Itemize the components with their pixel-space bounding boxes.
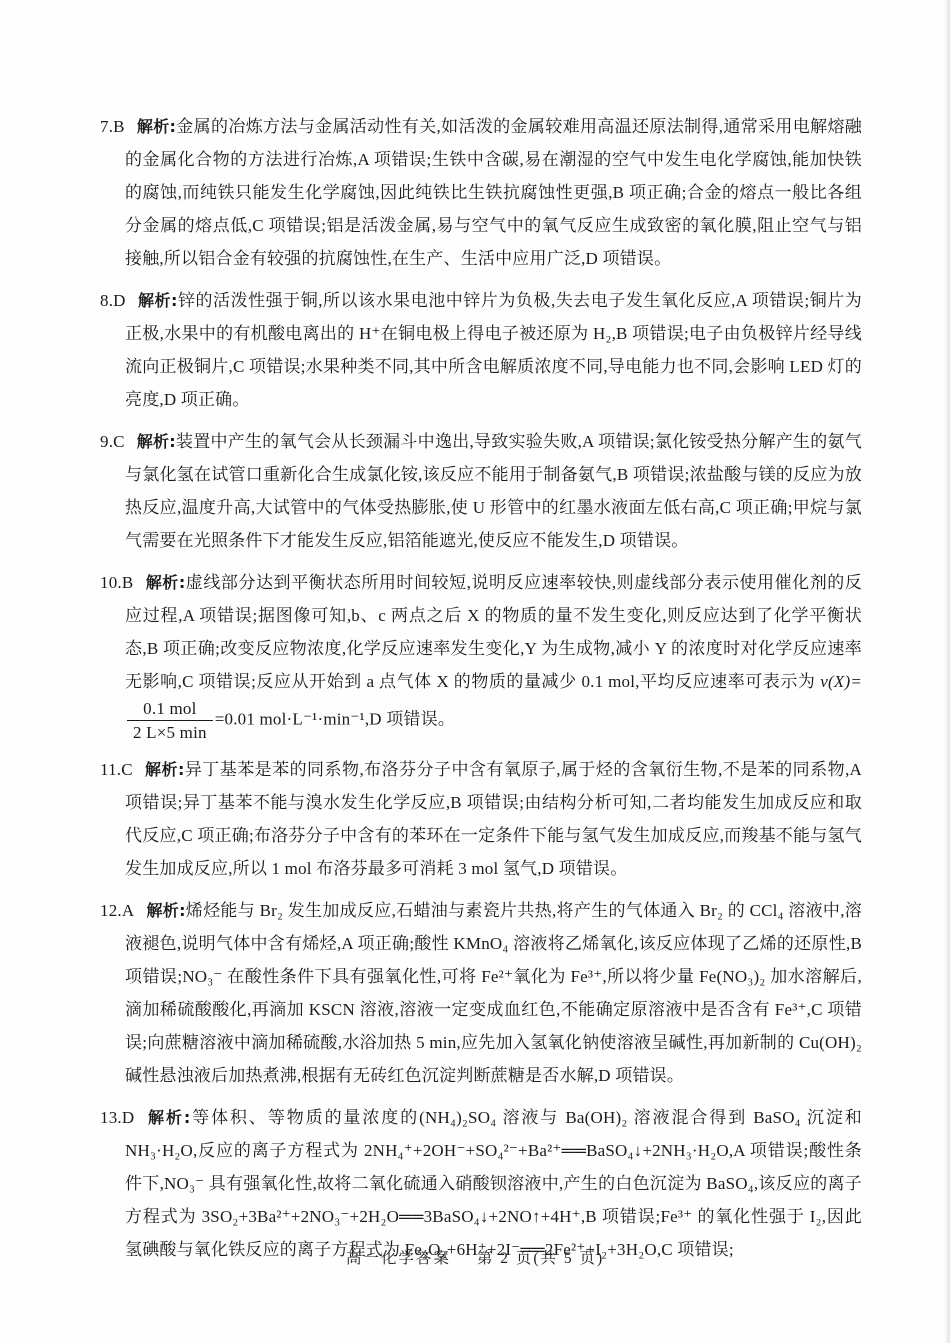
answer-item-11: 11.C解析:异丁基苯是苯的同系物,布洛芬分子中含有氧原子,属于烃的含氧衍生物,…: [100, 753, 862, 885]
answer-item-8: 8.D解析:锌的活泼性强于铜,所以该水果电池中锌片为负极,失去电子发生氧化反应,…: [100, 284, 862, 416]
answer-number: 11.C: [100, 760, 133, 779]
footer-page-number: 第 2 页(共 5 页): [477, 1250, 604, 1267]
answer-number: 9.C: [100, 432, 125, 451]
answer-text: 金属的冶炼方法与金属活动性有关,如活泼的金属较难用高温还原法制得,通常采用电解熔…: [125, 117, 862, 268]
answers-section: 7.B解析:金属的冶炼方法与金属活动性有关,如活泼的金属较难用高温还原法制得,通…: [100, 110, 862, 1275]
analysis-label: 解析:: [145, 760, 185, 779]
answer-text: 锌的活泼性强于铜,所以该水果电池中锌片为负极,失去电子发生氧化反应,A 项错误;…: [125, 291, 862, 409]
rate-expression: v(X)=: [820, 672, 862, 691]
answer-number: 13.D: [100, 1108, 134, 1127]
answer-item-10: 10.B解析:虚线部分达到平衡状态所用时间较短,说明反应速率较快,则虚线部分表示…: [100, 566, 862, 744]
answer-item-12: 12.A解析:烯烃能与 Br₂ 发生加成反应,石蜡油与素瓷片共热,将产生的气体通…: [100, 894, 862, 1092]
answer-text: 虚线部分达到平衡状态所用时间较短,说明反应速率较快,则虚线部分表示使用催化剂的反…: [125, 573, 862, 691]
page-footer: 高一化学答案第 2 页(共 5 页): [0, 1246, 950, 1268]
answer-text: 异丁基苯是苯的同系物,布洛芬分子中含有氧原子,属于烃的含氧衍生物,不是苯的同系物…: [125, 760, 862, 878]
answer-number: 8.D: [100, 291, 126, 310]
fraction-numerator: 0.1 mol: [127, 698, 213, 721]
answer-number: 12.A: [100, 901, 134, 920]
answer-text: 烯烃能与 Br₂ 发生加成反应,石蜡油与素瓷片共热,将产生的气体通入 Br₂ 的…: [125, 901, 862, 1085]
document-page: 7.B解析:金属的冶炼方法与金属活动性有关,如活泼的金属较难用高温还原法制得,通…: [0, 0, 950, 1343]
answer-item-13: 13.D解析:等体积、等物质的量浓度的(NH₄)₂SO₄ 溶液与 Ba(OH)₂…: [100, 1101, 862, 1266]
rate-fraction: 0.1 mol2 L×5 min: [127, 698, 213, 744]
answer-text: 装置中产生的氧气会从长颈漏斗中逸出,导致实验失败,A 项错误;氯化铵受热分解产生…: [125, 432, 862, 550]
answer-item-9: 9.C解析:装置中产生的氧气会从长颈漏斗中逸出,导致实验失败,A 项错误;氯化铵…: [100, 425, 862, 557]
footer-document-title: 高一化学答案: [346, 1250, 451, 1267]
analysis-label: 解析:: [138, 291, 178, 310]
analysis-label: 解析:: [145, 573, 185, 592]
analysis-label: 解析:: [146, 901, 185, 920]
fraction-denominator: 2 L×5 min: [127, 721, 213, 743]
answer-text-continued: =0.01 mol·L⁻¹·min⁻¹,D 项错误。: [215, 710, 455, 729]
analysis-label: 解析:: [137, 432, 176, 451]
answer-item-7: 7.B解析:金属的冶炼方法与金属活动性有关,如活泼的金属较难用高温还原法制得,通…: [100, 110, 862, 275]
answer-text: 等体积、等物质的量浓度的(NH₄)₂SO₄ 溶液与 Ba(OH)₂ 溶液混合得到…: [125, 1108, 862, 1259]
answer-number: 10.B: [100, 573, 133, 592]
answer-number: 7.B: [100, 117, 125, 136]
analysis-label: 解析:: [146, 1108, 190, 1127]
analysis-label: 解析:: [137, 117, 176, 136]
